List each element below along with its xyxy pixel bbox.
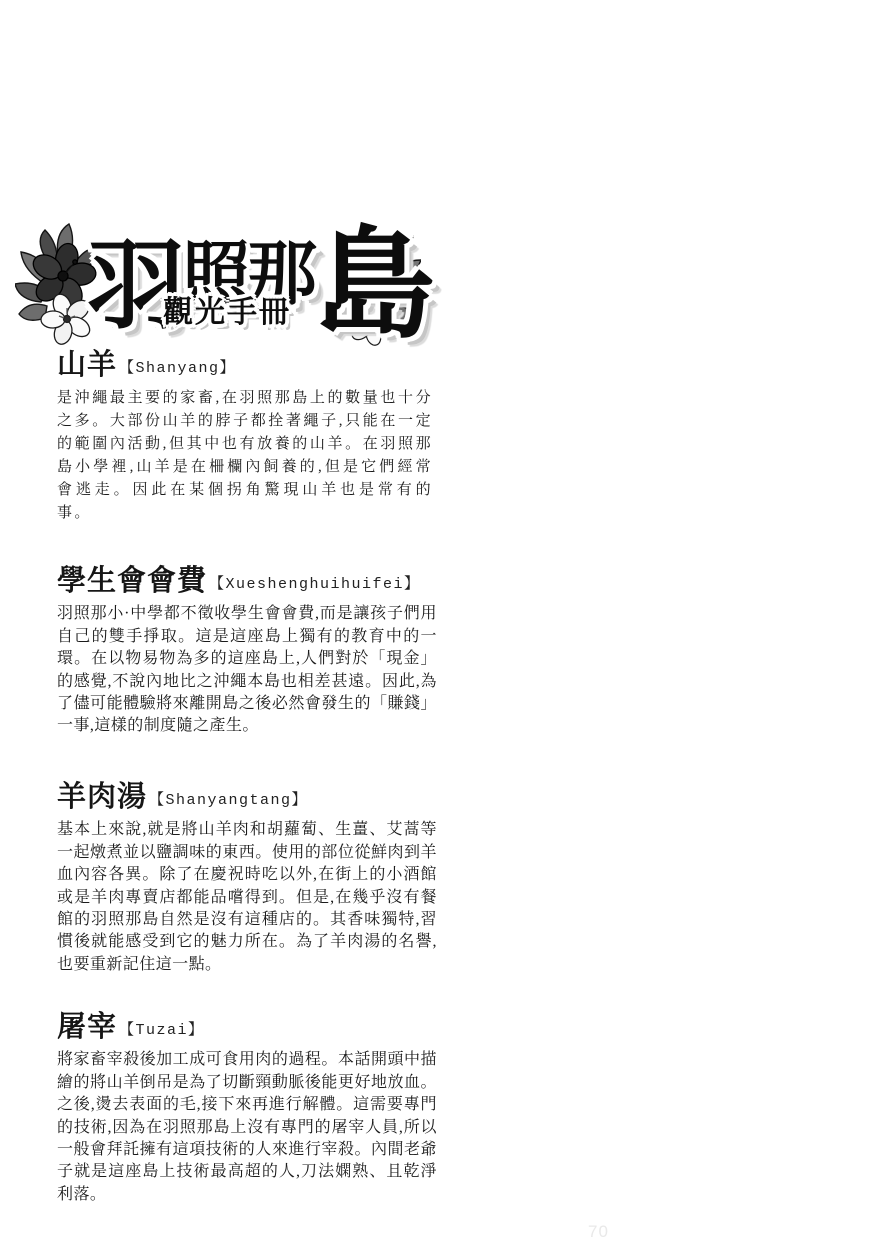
entry-tuzai: 屠宰 【Tuzai】 將家畜宰殺後加工成可食用肉的過程。本話開頭中描繪的將山羊倒… [57,1012,437,1206]
entry-body: 羽照那小·中學都不徵收學生會會費,而是讓孩子們用自己的雙手掙取。這是這座島上獨有… [57,603,437,737]
entry-title: 屠宰 [57,1012,117,1042]
entry-heading: 屠宰 【Tuzai】 [57,1012,437,1042]
guidebook-logo: 羽 照 那 島 觀光手冊 [15,222,417,350]
entry-body: 將家畜宰殺後加工成可食用肉的過程。本話開頭中描繪的將山羊倒吊是為了切斷頸動脈後能… [57,1049,437,1206]
logo-char: 島 [315,226,435,346]
entry-body: 基本上來說,就是將山羊肉和胡蘿蔔、生薑、艾蒿等一起燉煮並以鹽調味的東西。使用的部… [57,819,437,976]
entry-romanization: 【Xueshenghuihuifei】 [209,572,421,596]
entry-body: 是沖繩最主要的家畜,在羽照那島上的數量也十分之多。大部份山羊的脖子都拴著繩子,只… [57,387,433,525]
guidebook-page: 羽 照 那 島 觀光手冊 [0,0,870,1250]
entry-heading: 羊肉湯 【Shanyangtang】 [57,782,437,812]
entry-shanyangtang: 羊肉湯 【Shanyangtang】 基本上來說,就是將山羊肉和胡蘿蔔、生薑、艾… [57,782,437,976]
logo-title: 羽 照 那 島 [87,222,435,350]
entry-romanization: 【Shanyang】 [119,356,236,380]
entry-shanyang: 山羊 【Shanyang】 是沖繩最主要的家畜,在羽照那島上的數量也十分之多。大… [57,350,437,525]
page-number: 70 [588,1222,609,1242]
entry-romanization: 【Tuzai】 [119,1018,205,1042]
entry-title: 羊肉湯 [57,782,147,812]
entry-romanization: 【Shanyangtang】 [149,788,308,812]
logo-subtitle: 觀光手冊 [163,298,291,328]
entry-xueshenghuihuifei: 學生會會費 【Xueshenghuihuifei】 羽照那小·中學都不徵收學生會… [57,566,437,738]
entry-title: 山羊 [57,350,117,380]
entry-title: 學生會會費 [57,566,207,596]
entry-heading: 學生會會費 【Xueshenghuihuifei】 [57,566,437,596]
